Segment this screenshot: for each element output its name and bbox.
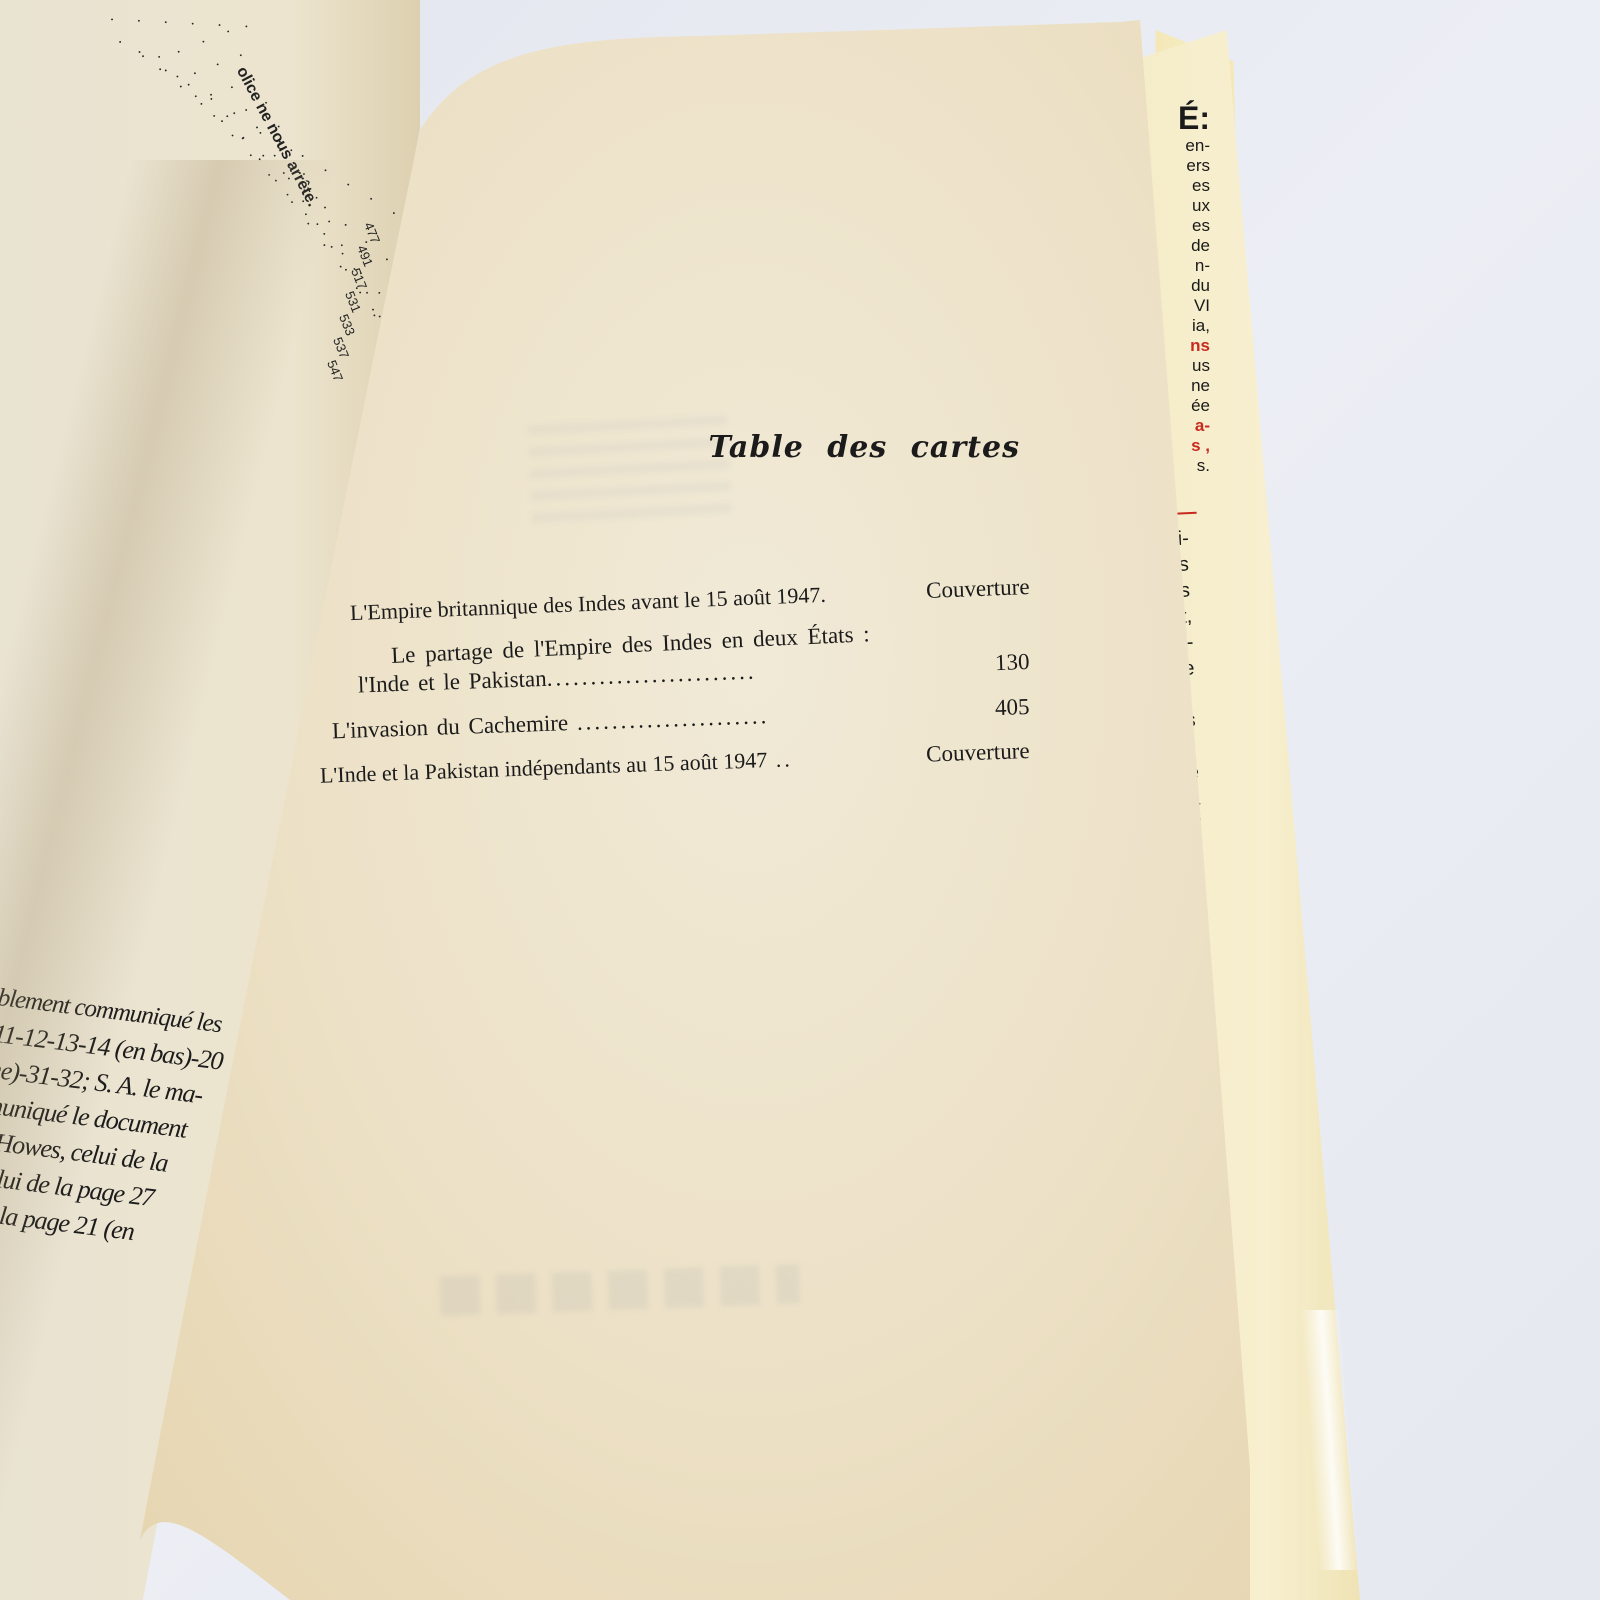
flap-fragment: es <box>1150 216 1210 236</box>
toc-entry-page: Couverture <box>926 574 1030 604</box>
flap-heading: É: <box>1150 100 1210 136</box>
page-title: Table des cartes <box>708 430 1020 465</box>
flap-fragment: en- <box>1150 136 1210 156</box>
left-page-note: blement communiqué les 11-12-13-14 (en b… <box>0 980 208 1256</box>
flap-fragment: i- <box>1177 525 1208 552</box>
toc-entry-label-text: L'invasion du Cachemire <box>332 710 569 743</box>
toc-entry-page: Couverture <box>926 738 1030 768</box>
dot-leader: ...................... <box>576 703 769 735</box>
dot-leader: ........................ <box>546 659 757 691</box>
table-of-maps: Table des cartes L'Empire britannique de… <box>320 430 1040 760</box>
toc-entry-page: 405 <box>995 694 1030 721</box>
flap-red-dash: — <box>1176 499 1207 526</box>
flap-fragment: de <box>1150 236 1210 256</box>
left-page-toc-fragment: . . . . . . . . . . . . . . . . . . . . … <box>110 0 410 400</box>
toc-entry-page: 130 <box>995 649 1030 676</box>
toc-entry-label-line2: l'Inde et le Pakistan <box>358 666 548 698</box>
flap-fragment: s <box>1179 577 1210 604</box>
flap-fragment: ers <box>1150 156 1210 176</box>
dot-leader: .. <box>767 746 793 772</box>
flap-fragment: s <box>1178 551 1209 578</box>
flap-fragment: es <box>1150 176 1210 196</box>
flap-fragment: ux <box>1150 196 1210 216</box>
book-photo: É: en- ers es ux es de n- du VI ia, ns u… <box>0 0 1600 1600</box>
